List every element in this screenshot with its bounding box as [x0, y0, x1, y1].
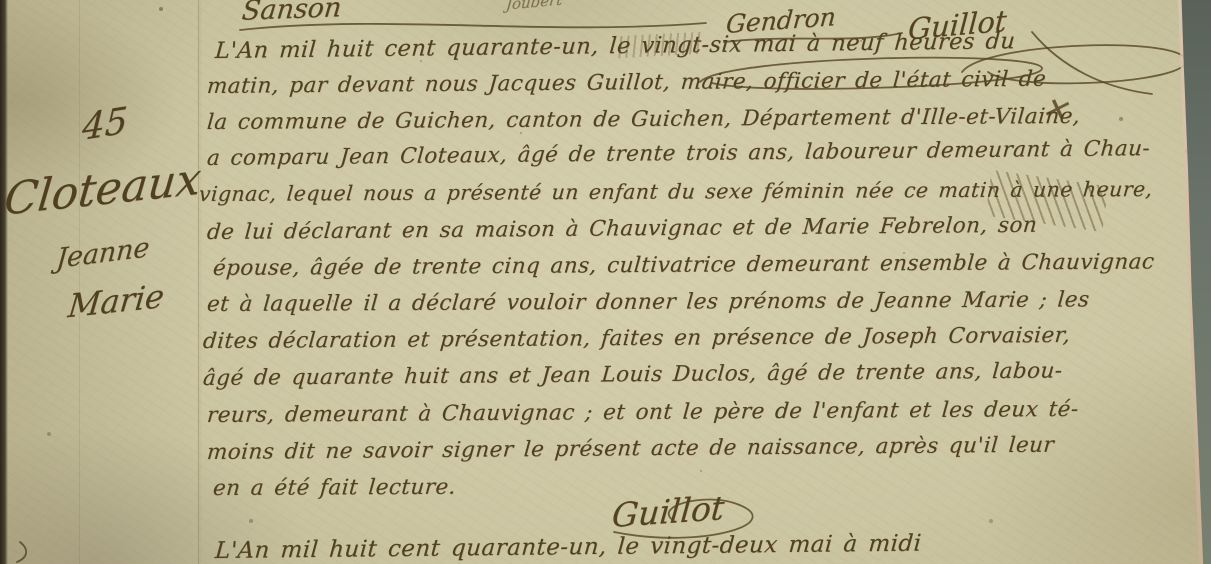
signature-sanson: Sanson — [240, 0, 343, 27]
handwritten-line: reurs, demeurant à Chauvignac ; et ont l… — [206, 397, 1080, 428]
handwritten-line: matin, par devant nous Jacques Guillot, … — [206, 67, 1047, 99]
book-left-edge — [0, 0, 8, 564]
margin-given-name-2: Marie — [66, 277, 166, 326]
handwritten-line: dites déclaration et présentation, faite… — [202, 323, 1071, 354]
handwritten-line: épouse, âgée de trente cinq ans, cultiva… — [212, 249, 1155, 281]
margin-record-number: 45 — [81, 100, 128, 149]
handwritten-line: L'An mil huit cent quarante-un, le vingt… — [214, 28, 1016, 64]
next-act-opening-line: L'An mil huit cent quarante-un, le vingt… — [214, 531, 922, 564]
handwritten-line: et à laquelle il a déclaré vouloir donne… — [206, 287, 1091, 317]
scanned-register-page: Sanson Joubert Gendron Guillot 45 Clotea… — [0, 0, 1211, 564]
margin-rule-main — [198, 0, 199, 564]
paper-sheet: Sanson Joubert Gendron Guillot 45 Clotea… — [0, 0, 1211, 564]
margin-rule-faint — [79, 0, 80, 564]
handwritten-line: a comparu Jean Cloteaux, âgé de trente t… — [206, 136, 1151, 171]
handwritten-line: âgé de quarante huit ans et Jean Louis D… — [202, 358, 1063, 391]
signature-joubert: Joubert — [505, 0, 563, 14]
handwritten-line: en a été fait lecture. — [212, 475, 457, 501]
handwritten-line: vignac, lequel nous a présenté un enfant… — [198, 177, 1154, 206]
handwritten-line: la commune de Guichen, canton de Guichen… — [206, 104, 1081, 135]
handwritten-line: de lui déclarant en sa maison à Chauvign… — [206, 213, 1038, 245]
margin-surname: Cloteaux — [2, 153, 204, 225]
margin-given-name-1: Jeanne — [55, 232, 151, 275]
signature-guillot-main: Guillot — [610, 488, 726, 535]
handwritten-line: moins dit ne savoir signer le présent ac… — [206, 433, 1055, 465]
